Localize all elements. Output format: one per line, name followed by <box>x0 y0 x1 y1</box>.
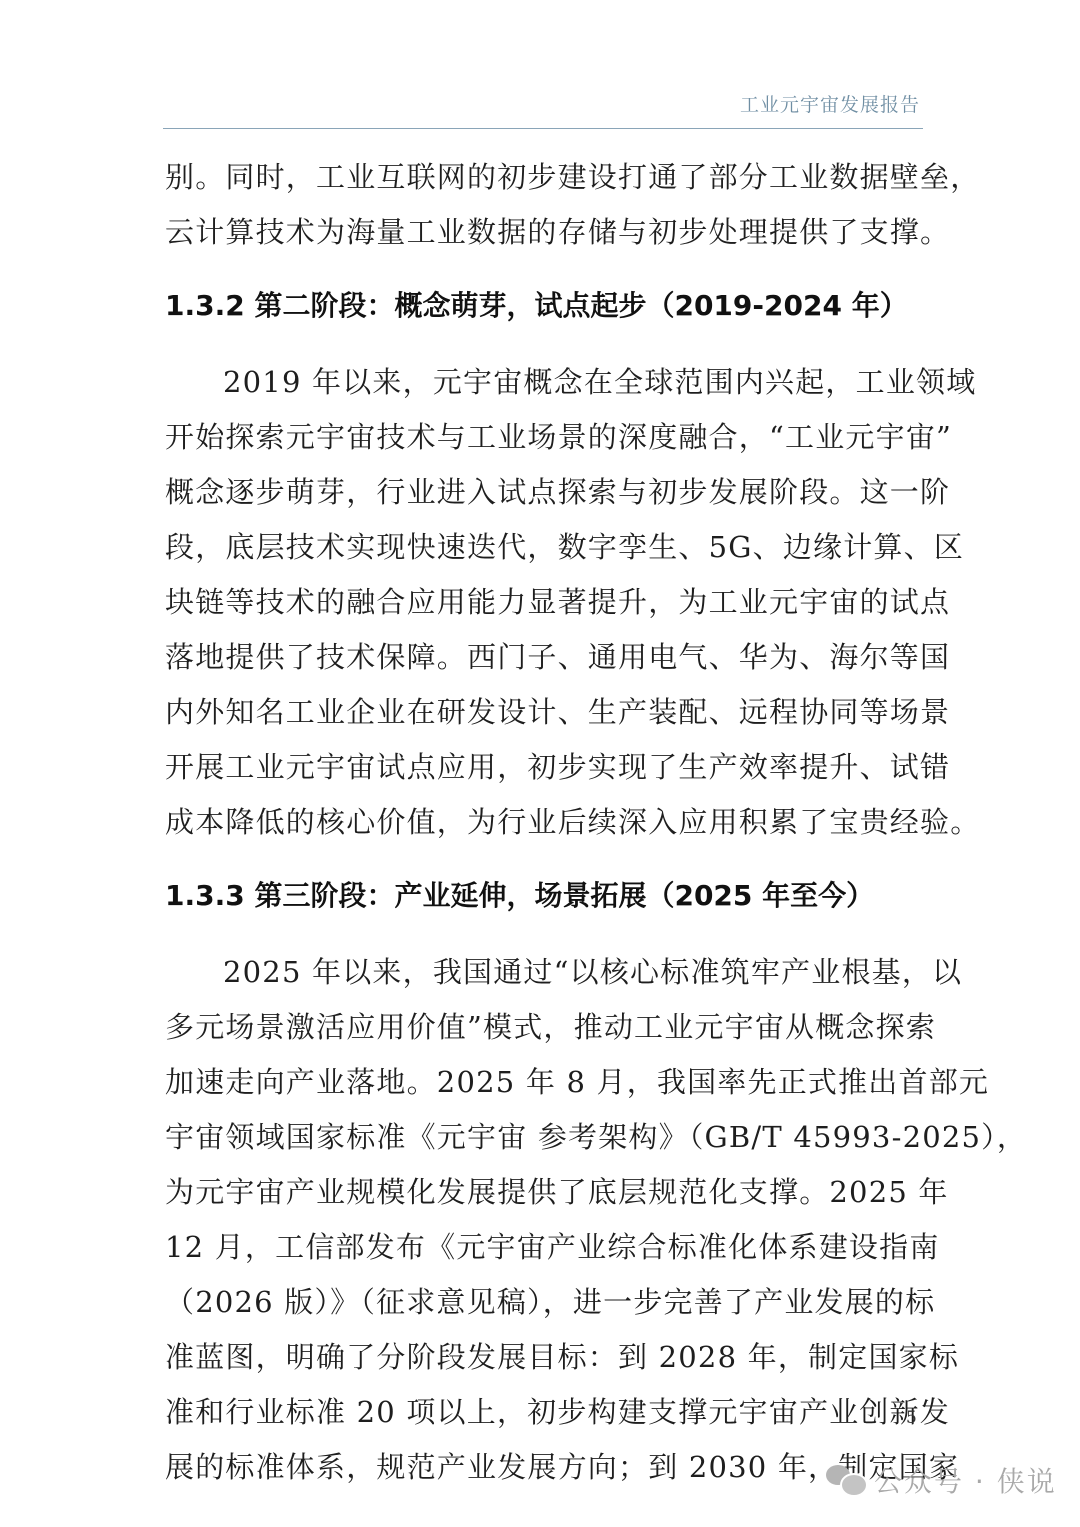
page-content: 别。同时，工业互联网的初步建设打通了部分工业数据壁垒， 云计算技术为海量工业数据… <box>165 150 917 1495</box>
text-line: 展的标准体系，规范产业发展方向；到 2030 年，制定国家 <box>165 1440 917 1495</box>
intro-paragraph: 别。同时，工业互联网的初步建设打通了部分工业数据壁垒， 云计算技术为海量工业数据… <box>165 150 917 260</box>
wechat-watermark: 公众号 · 侠说 <box>826 1455 1057 1505</box>
text-line: 块链等技术的融合应用能力显著提升，为工业元宇宙的试点 <box>165 575 917 630</box>
section-heading-1-3-3: 1.3.3 第三阶段：产业延伸，场景拓展（2025 年至今） <box>165 868 917 923</box>
section-heading-1-3-2: 1.3.2 第二阶段：概念萌芽，试点起步（2019-2024 年） <box>165 278 917 333</box>
text-line: 别。同时，工业互联网的初步建设打通了部分工业数据壁垒， <box>165 150 917 205</box>
running-header-title: 工业元宇宙发展报告 <box>740 90 920 117</box>
section-1-3-2-paragraph: 2019 年以来，元宇宙概念在全球范围内兴起，工业领域 开始探索元宇宙技术与工业… <box>165 355 917 850</box>
watermark-text: 公众号 · 侠说 <box>874 1460 1057 1500</box>
text-line: 宇宙领域国家标准《元宇宙 参考架构》（GB/T 45993-2025）， <box>165 1110 917 1165</box>
text-line: 成本降低的核心价值，为行业后续深入应用积累了宝贵经验。 <box>165 795 917 850</box>
text-line: 落地提供了技术保障。西门子、通用电气、华为、海尔等国 <box>165 630 917 685</box>
text-line: 准蓝图，明确了分阶段发展目标：到 2028 年，制定国家标 <box>165 1330 917 1385</box>
text-line: 准和行业标准 20 项以上，初步构建支撑元宇宙产业创新发 <box>165 1385 917 1440</box>
text-line: 内外知名工业企业在研发设计、生产装配、远程协同等场景 <box>165 685 917 740</box>
text-line: 开展工业元宇宙试点应用，初步实现了生产效率提升、试错 <box>165 740 917 795</box>
text-line: 云计算技术为海量工业数据的存储与初步处理提供了支撑。 <box>165 205 917 260</box>
text-line: 段，底层技术实现快速迭代，数字孪生、5G、边缘计算、区 <box>165 520 917 575</box>
text-line: （2026 版）》（征求意见稿），进一步完善了产业发展的标 <box>165 1275 917 1330</box>
text-line: 加速走向产业落地。2025 年 8 月，我国率先正式推出首部元 <box>165 1055 917 1110</box>
text-line: 开始探索元宇宙技术与工业场景的深度融合，“工业元宇宙” <box>165 410 917 465</box>
wechat-icon <box>826 1463 866 1497</box>
text-line: 为元宇宙产业规模化发展提供了底层规范化支撑。2025 年 <box>165 1165 917 1220</box>
page-number: 5 <box>906 1408 917 1428</box>
text-line: 2019 年以来，元宇宙概念在全球范围内兴起，工业领域 <box>165 355 917 410</box>
section-1-3-3-paragraph: 2025 年以来，我国通过“以核心标准筑牢产业根基，以 多元场景激活应用价值”模… <box>165 945 917 1495</box>
text-line: 概念逐步萌芽，行业进入试点探索与初步发展阶段。这一阶 <box>165 465 917 520</box>
text-line: 2025 年以来，我国通过“以核心标准筑牢产业根基，以 <box>165 945 917 1000</box>
text-line: 多元场景激活应用价值”模式，推动工业元宇宙从概念探索 <box>165 1000 917 1055</box>
text-line: 12 月，工信部发布《元宇宙产业综合标准化体系建设指南 <box>165 1220 917 1275</box>
header-divider <box>163 128 923 129</box>
